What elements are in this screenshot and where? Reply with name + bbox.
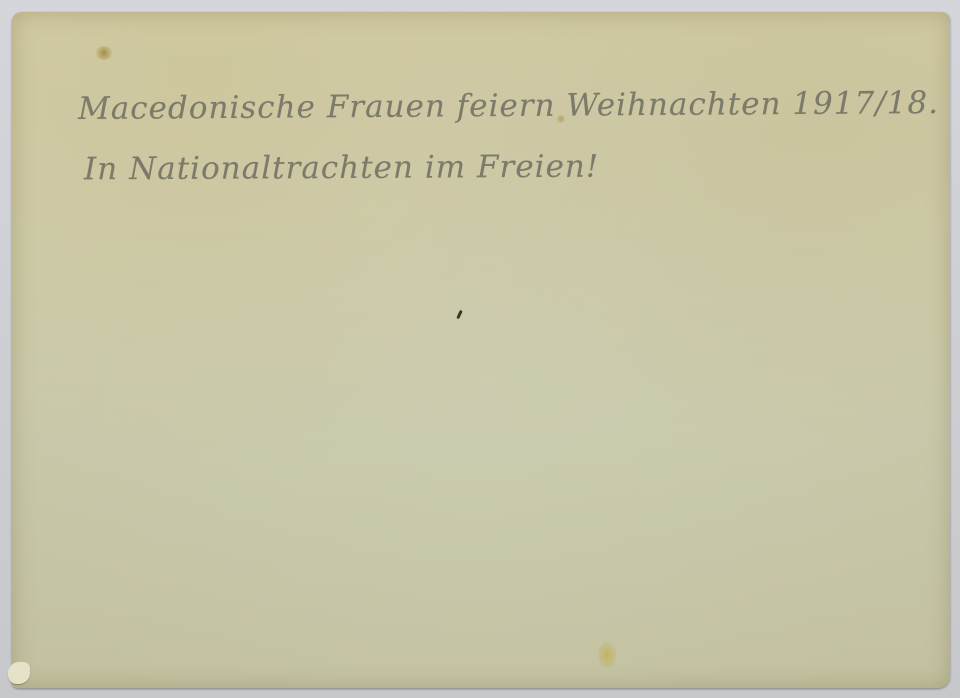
inscription-line-1: Macedonische Frauen feiern Weihnachten 1… bbox=[78, 85, 939, 127]
inscription-line-2: In Nationaltrachten im Freien! bbox=[84, 149, 599, 188]
photo-card: Macedonische Frauen feiern Weihnachten 1… bbox=[12, 12, 950, 688]
age-stain bbox=[96, 46, 112, 60]
age-stain bbox=[598, 642, 616, 668]
scanned-photo-back: Macedonische Frauen feiern Weihnachten 1… bbox=[0, 0, 960, 698]
torn-corner bbox=[8, 662, 30, 684]
ink-speck bbox=[456, 310, 463, 319]
